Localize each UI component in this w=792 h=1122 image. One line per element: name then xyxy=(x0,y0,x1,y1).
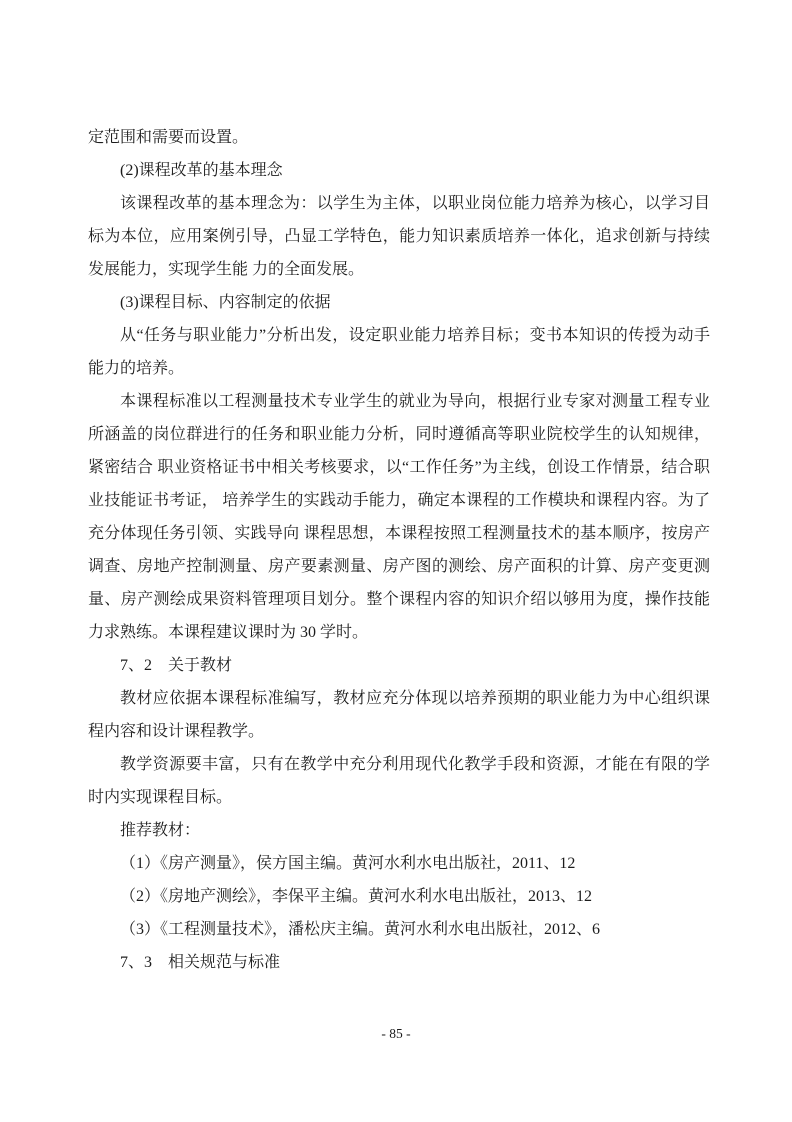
paragraph-course-standard: 本课程标准以工程测量技术专业学生的就业为导向，根据行业专家对测量工程专业所涵盖的… xyxy=(88,385,710,649)
continuation-line: 定范围和需要而设置。 xyxy=(88,121,710,154)
paragraph-teaching-resources: 教学资源要丰富，只有在教学中充分利用现代化教学手段和资源，才能在有限的学时内实现… xyxy=(88,748,710,814)
document-body: 定范围和需要而设置。 (2)课程改革的基本理念 该课程改革的基本理念为：以学生为… xyxy=(88,121,710,979)
page-number: - 85 - xyxy=(0,1024,792,1044)
label-recommended-textbooks: 推荐教材： xyxy=(88,814,710,847)
textbook-item-2: （2）《房地产测绘》，李保平主编。黄河水利水电出版社，2013、12 xyxy=(88,880,710,913)
document-page: 定范围和需要而设置。 (2)课程改革的基本理念 该课程改革的基本理念为：以学生为… xyxy=(0,0,792,1122)
heading-7-3: 7、3 相关规范与标准 xyxy=(88,946,710,979)
subheading-3: (3)课程目标、内容制定的依据 xyxy=(88,286,710,319)
textbook-item-1: （1）《房产测量》，侯方国主编。黄河水利水电出版社，2011、12 xyxy=(88,847,710,880)
paragraph-reform-concept: 该课程改革的基本理念为：以学生为主体，以职业岗位能力培养为核心，以学习目标为本位… xyxy=(88,187,710,286)
textbook-item-3: （3）《工程测量技术》，潘松庆主编。黄河水利水电出版社，2012、6 xyxy=(88,913,710,946)
heading-7-2: 7、2 关于教材 xyxy=(88,649,710,682)
paragraph-basis: 从“任务与职业能力”分析出发，设定职业能力培养目标；变书本知识的传授为动手能力的… xyxy=(88,319,710,385)
subheading-2: (2)课程改革的基本理念 xyxy=(88,154,710,187)
paragraph-textbook-requirement: 教材应依据本课程标准编写，教材应充分体现以培养预期的职业能力为中心组织课程内容和… xyxy=(88,682,710,748)
